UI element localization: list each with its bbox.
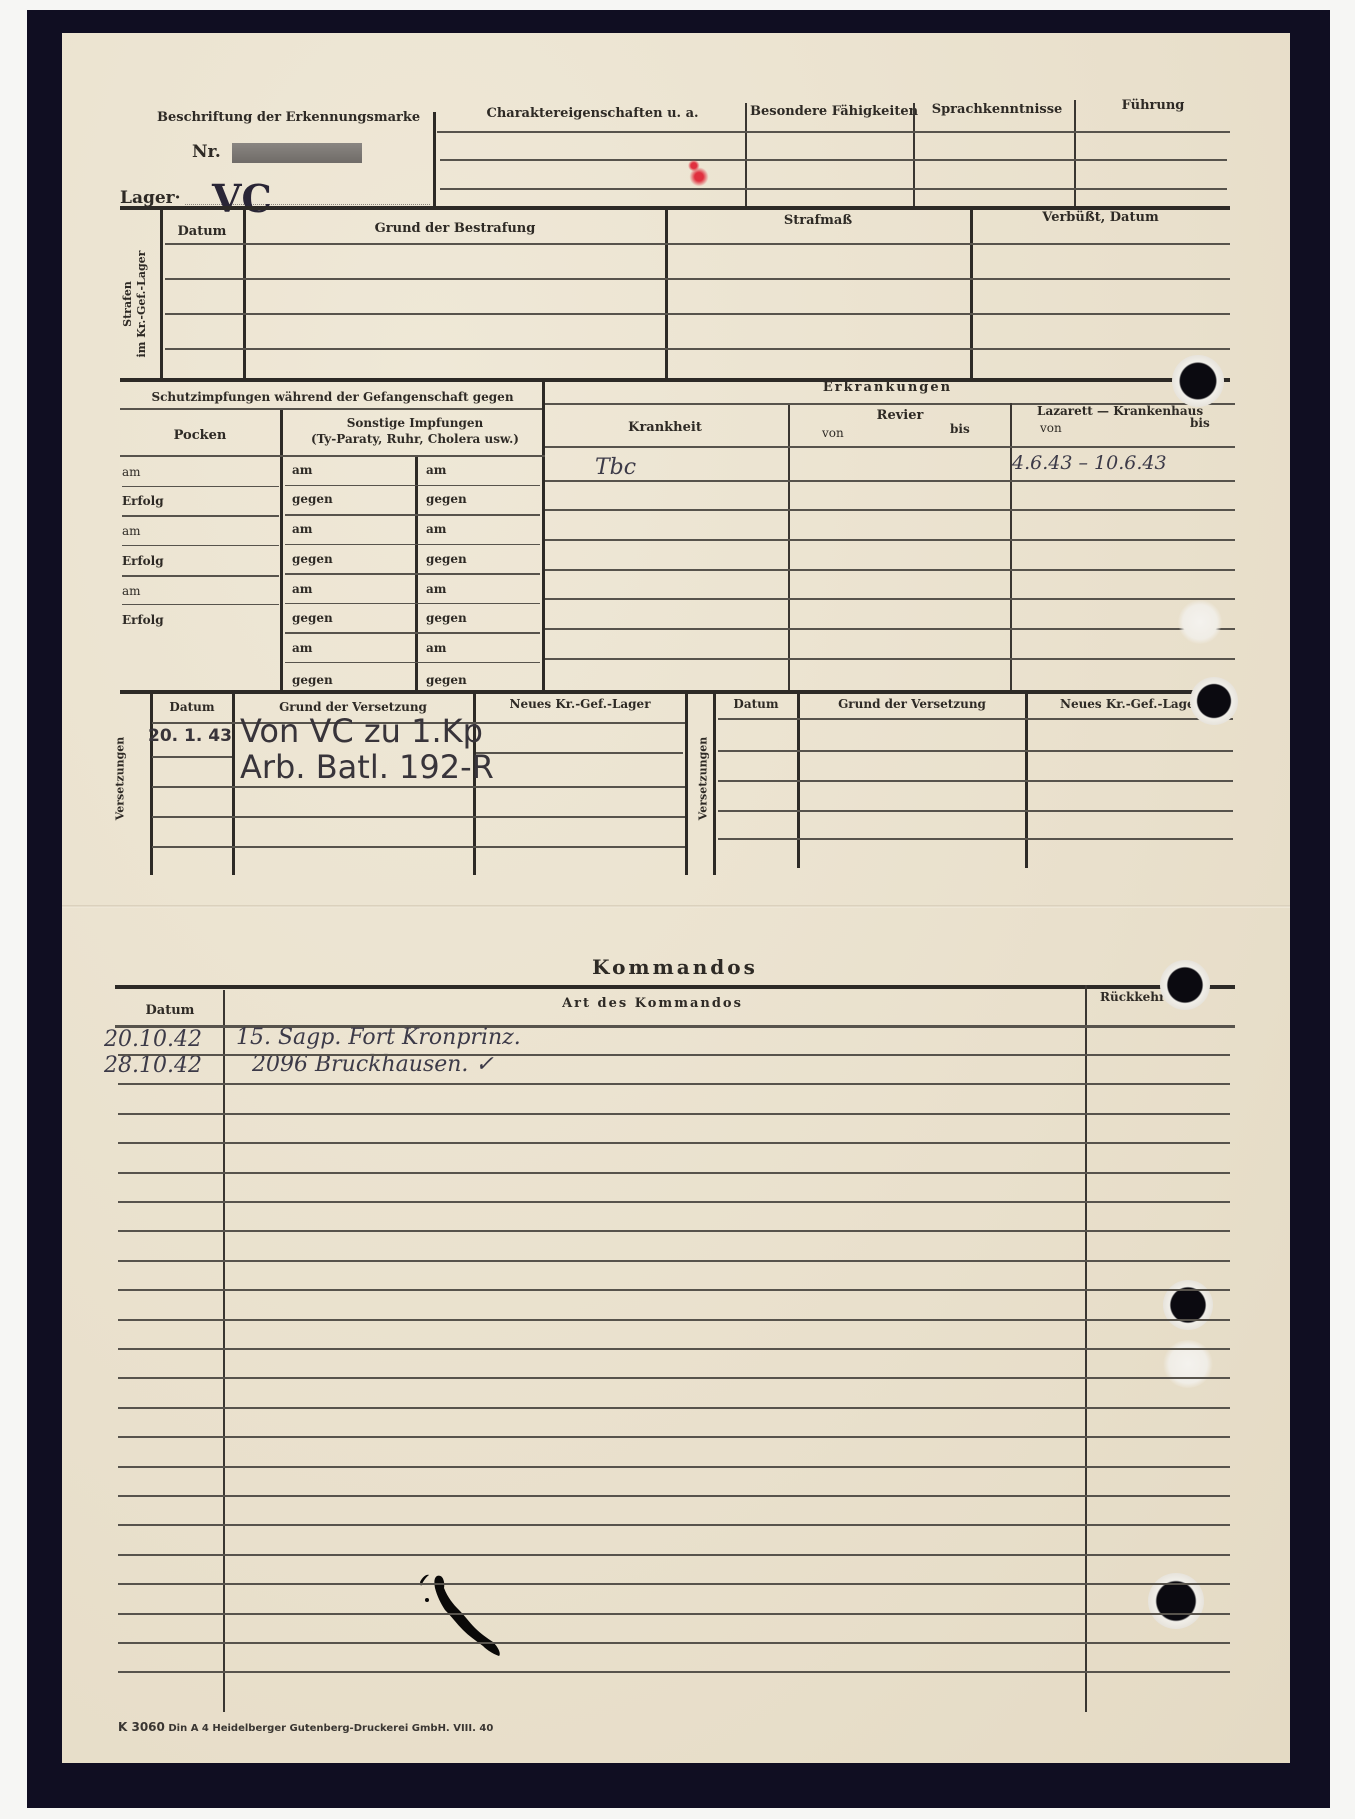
rule [545,539,1235,541]
printer-imprint: Din A 4 Heidelberger Gutenberg-Druckerei… [168,1723,493,1734]
rule [545,446,1235,448]
rule [285,544,540,545]
sonstige-row: gegen [426,673,467,687]
rule [545,509,1235,511]
rule [285,485,540,486]
rule [118,1407,1230,1409]
print-footer: K 3060 Din A 4 Heidelberger Gutenberg-Dr… [118,1720,493,1734]
kommandos-title: Kommandos [115,955,1235,979]
strafen-col-datum: Datum [162,224,242,239]
nr-label: Nr. [192,142,221,162]
rule [122,604,279,605]
rule [152,786,685,788]
rule [285,514,540,516]
kommandos-col-datum: Datum [115,1003,225,1018]
revier-bis: bis [950,422,970,436]
rule [118,1436,1230,1438]
sonstige-row: gegen [426,492,467,506]
lager-value: VC [212,176,272,221]
rule [120,455,545,457]
rule [122,486,279,487]
divider [1025,690,1028,868]
sonstige-row: gegen [292,492,333,506]
vers-left-datum-value: 20. 1. 43 [148,726,232,746]
strafen-side-label-1: Strafen [121,239,135,369]
strafen-col-grund: Grund der Bestrafung [246,221,664,236]
header-divider [433,112,436,208]
rule [165,243,1230,245]
rule [285,662,540,663]
rule [122,515,279,517]
rule [118,1583,1230,1585]
rule [122,545,279,546]
sonstige-label-1: Sonstige Impfungen [284,416,546,430]
paper-fold-crease [62,905,1290,908]
kommandos-col-art: Art des Kommandos [225,996,1080,1011]
rule [120,690,1235,694]
kommando-row-1-art: 15. Sagp. Fort Kronprinz. [236,1025,521,1050]
rule [152,816,685,818]
punch-hole [1190,677,1238,725]
strafen-col-strafmass: Strafmaß [668,213,968,228]
pocken-row: am [122,465,141,479]
sonstige-row: gegen [426,552,467,566]
rule [718,718,1233,720]
sonstige-row: am [426,582,446,596]
rule [118,1230,1230,1232]
sonstige-row: am [426,463,446,477]
erkennungsmarke-label: Beschriftung der Erkennungsmarke [157,110,420,125]
rule [476,752,683,754]
rule [152,846,685,848]
rule [545,569,1235,571]
rule [118,1642,1230,1644]
punch-hole [1163,1280,1213,1330]
rule [122,575,279,577]
rule [118,1466,1230,1468]
sonstige-row: am [426,522,446,536]
rule [115,985,1235,989]
rule [120,408,545,410]
form-paper [62,33,1290,1763]
fuehrung-label: Führung [1078,98,1228,113]
divider [745,103,747,208]
impfungen-title: Schutzimpfungen während der Gefangenscha… [120,390,545,404]
rule [118,1495,1230,1497]
rule [285,603,540,604]
rule [118,1172,1230,1174]
strafen-col-verbuesst: Verbüßt, Datum [973,210,1228,225]
strafen-side-label: Strafen im Kr.-Gef.-Lager [121,239,149,369]
divider [1074,100,1076,208]
divider [913,103,915,208]
nr-value-redacted [232,143,362,163]
sonstige-row: am [292,641,312,655]
vers-left-grund-line1: Von VC zu 1.Kp [240,712,483,750]
rule [718,838,1233,840]
divider [665,208,668,380]
rule [545,628,1235,630]
sonstige-row: gegen [292,552,333,566]
versetzungen-right-side-label: Versetzungen [697,724,710,834]
punch-hole [1178,600,1222,644]
punch-hole [1160,960,1210,1010]
rule [118,1524,1230,1526]
sonstige-row: am [426,641,446,655]
divider [685,690,688,875]
vers-left-col-lager: Neues Kr.-Gef.-Lager [476,697,684,711]
vers-right-col-datum: Datum [716,697,796,711]
pocken-row: am [122,584,141,598]
sonstige-row: am [292,463,312,477]
rule [718,780,1233,782]
rule [718,750,1233,752]
divider [970,208,973,380]
rule [118,1201,1230,1203]
kommando-row-1-datum: 20.10.42 [104,1027,202,1052]
punch-hole [1172,355,1224,407]
rule [118,1260,1230,1262]
lazarett-value: 4.6.43 – 10.6.43 [1012,452,1167,474]
rule [437,131,1230,133]
rule [118,1319,1230,1321]
pocken-row: Erfolg [122,613,164,627]
sonstige-label-2: (Ty-Paraty, Ruhr, Cholera usw.) [284,432,546,446]
form-number: K 3060 [118,1720,165,1734]
divider [713,690,716,875]
lager-label: Lager· [120,188,181,208]
rule [118,1142,1230,1144]
pocken-row: Erfolg [122,554,164,568]
sonstige-row: gegen [292,673,333,687]
rule [165,313,1230,315]
punch-hole [1148,1573,1204,1629]
rule [545,658,1235,660]
vers-right-col-grund: Grund der Versetzung [800,697,1024,711]
rule [118,1554,1230,1556]
versetzungen-left-side-label: Versetzungen [114,724,127,834]
vers-left-col-datum: Datum [152,700,232,714]
rule [718,810,1233,812]
rule [118,1054,1230,1056]
sonstige-row: am [292,522,312,536]
rule [285,632,540,634]
krankheit-label: Krankheit [545,420,785,435]
erkrankungen-title: Erkrankungen [545,380,1230,395]
rule [440,188,1227,190]
rule [118,1613,1230,1615]
lazarett-label: Lazarett — Krankenhaus [1037,404,1203,418]
vers-left-grund-line2: Arb. Batl. 192-R [240,748,494,786]
divider [280,410,283,692]
lazarett-bis: bis [1190,416,1210,430]
sprachkenntnisse-label: Sprachkenntnisse [918,102,1076,117]
rule [165,348,1230,350]
rule [152,756,232,758]
pocken-row: am [122,524,141,538]
rule [165,278,1230,280]
rule [118,1083,1230,1085]
strafen-side-label-2: im Kr.-Gef.-Lager [135,239,149,369]
kommando-row-2-datum: 28.10.42 [104,1053,202,1078]
pocken-label: Pocken [120,428,280,443]
rule [440,159,1227,161]
divider [223,990,225,1712]
sonstige-row: am [292,582,312,596]
rule [545,598,1235,600]
rule [285,573,540,575]
lazarett-von: von [1040,421,1062,435]
charakter-label: Charaktereigenschaften u. a. [440,106,745,121]
faehigkeiten-label: Besondere Fähigkeiten [750,104,912,119]
krankheit-value: Tbc [595,455,636,480]
rule [118,1671,1230,1673]
rule [118,1289,1230,1291]
revier-von: von [822,426,844,440]
divider [797,690,800,868]
sonstige-row: gegen [292,611,333,625]
rule [118,1113,1230,1115]
sonstige-row: gegen [426,611,467,625]
red-ink-stain [686,160,712,188]
rule [118,1377,1230,1379]
revier-label: Revier [790,408,1010,423]
pocken-row: Erfolg [122,494,164,508]
rule [545,480,1235,482]
rule [118,1348,1230,1350]
